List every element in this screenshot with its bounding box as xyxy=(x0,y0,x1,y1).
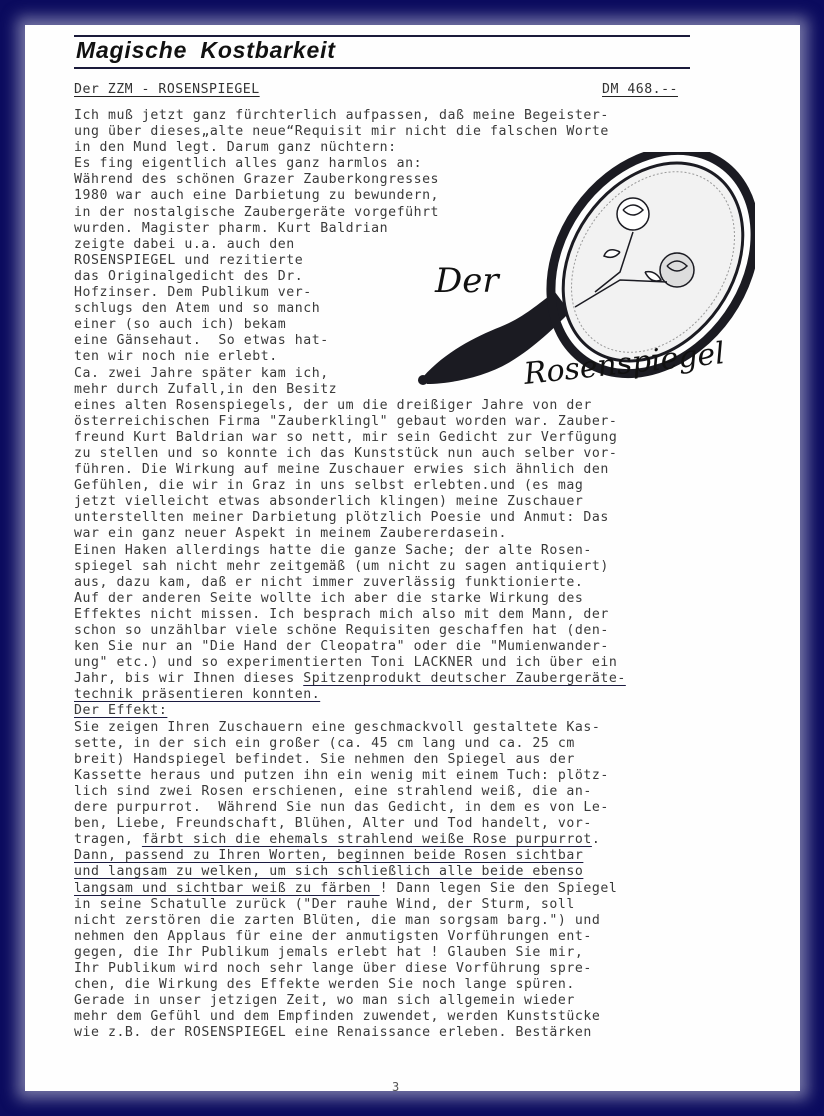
page-number: 3 xyxy=(392,1080,399,1094)
text-line: Effektes nicht missen. Ich besprach mich… xyxy=(74,607,754,623)
title-rule-bottom xyxy=(74,67,690,69)
text-line: langsam und sichtbar weiß zu färben ! Da… xyxy=(74,881,754,897)
text-line: ken Sie nur an "Die Hand der Cleopatra" … xyxy=(74,639,754,655)
text-line: spiegel sah nicht mehr zeitgemäß (um nic… xyxy=(74,559,754,575)
text-line: mehr dem Gefühl und dem Empfinden zuwend… xyxy=(74,1009,754,1025)
svg-text:Der: Der xyxy=(434,261,500,301)
text-line: Dann, passend zu Ihren Worten, beginnen … xyxy=(74,848,754,864)
text-line: Sie zeigen Ihren Zuschauern eine geschma… xyxy=(74,720,754,736)
text-line: Gefühlen, die wir in Graz in uns selbst … xyxy=(74,478,754,494)
underlined-text: und langsam zu welken, um sich schließli… xyxy=(74,864,583,879)
text-line: nehmen den Applaus für eine der anmutigs… xyxy=(74,929,754,945)
text-line: Kassette heraus und putzen ihn ein wenig… xyxy=(74,768,754,784)
text-line: dere purpurrot. Während Sie nun das Gedi… xyxy=(74,800,754,816)
underlined-text: technik präsentieren konnten. xyxy=(74,687,320,702)
text-line: Einen Haken allerdings hatte die ganze S… xyxy=(74,543,754,559)
text-line: Auf der anderen Seite wollte ich aber di… xyxy=(74,591,754,607)
underlined-text: langsam und sichtbar weiß zu färben xyxy=(74,881,380,896)
text-line: in seine Schatulle zurück ("Der rauhe Wi… xyxy=(74,897,754,913)
text-line: schon so unzählbar viele schöne Requisit… xyxy=(74,623,754,639)
text-line: aus, dazu kam, daß er nicht immer zuverl… xyxy=(74,575,754,591)
text-line: zu stellen und so konnte ich das Kunstst… xyxy=(74,446,754,462)
text-line: Ihr Publikum wird noch sehr lange über d… xyxy=(74,961,754,977)
text-line: breit) Handspiegel befindet. Sie nehmen … xyxy=(74,752,754,768)
text-line: lich sind zwei Rosen erschienen, eine st… xyxy=(74,784,754,800)
text-line: ung" etc.) und so experimentierten Toni … xyxy=(74,655,754,671)
text-line: wie z.B. der ROSENSPIEGEL eine Renaissan… xyxy=(74,1025,754,1041)
text-line: technik präsentieren konnten. xyxy=(74,687,754,703)
text-line: Der Effekt: xyxy=(74,703,754,719)
text-line: Gerade in unser jetzigen Zeit, wo man si… xyxy=(74,993,754,1009)
underlined-text: Der Effekt: xyxy=(74,703,167,718)
text-line: jetzt vielleicht etwas absonderlich klin… xyxy=(74,494,754,510)
product-price: DM 468.-- xyxy=(602,82,678,97)
text-line: Jahr, bis wir Ihnen dieses Spitzenproduk… xyxy=(74,671,754,687)
text-line: österreichischen Firma "Zauberklingl" ge… xyxy=(74,414,754,430)
text-line: ung über dieses„alte neue“Requisit mir n… xyxy=(74,124,754,140)
text-line: freund Kurt Baldrian war so nett, mir se… xyxy=(74,430,754,446)
text-line: ben, Liebe, Freundschaft, Blühen, Alter … xyxy=(74,816,754,832)
text-line: Ich muß jetzt ganz fürchterlich aufpasse… xyxy=(74,108,754,124)
text-line: tragen, färbt sich die ehemals strahlend… xyxy=(74,832,754,848)
text-line: chen, die Wirkung des Effekte werden Sie… xyxy=(74,977,754,993)
text-line: gegen, die Ihr Publikum jemals erlebt ha… xyxy=(74,945,754,961)
text-line: und langsam zu welken, um sich schließli… xyxy=(74,864,754,880)
underlined-text: Dann, passend zu Ihren Worten, beginnen … xyxy=(74,848,583,863)
page-title: Magische Kostbarkeit xyxy=(76,37,336,64)
underlined-text: Spitzenprodukt deutscher Zaubergeräte- xyxy=(303,671,626,686)
text-line: unterstellten meiner Darbietung plötzlic… xyxy=(74,510,754,526)
underlined-text: färbt sich die ehemals strahlend weiße R… xyxy=(142,832,592,847)
text-line: eines alten Rosenspiegels, der um die dr… xyxy=(74,398,754,414)
text-line: führen. Die Wirkung auf meine Zuschauer … xyxy=(74,462,754,478)
text-line: nicht zerstören die zarten Blüten, die m… xyxy=(74,913,754,929)
product-name: Der ZZM - ROSENSPIEGEL xyxy=(74,82,260,97)
text-line: war ein ganz neuer Aspekt in meinem Zaub… xyxy=(74,526,754,542)
rose-mirror-illustration: Der Rosenspiegel xyxy=(405,152,755,397)
text-line: sette, in der sich ein großer (ca. 45 cm… xyxy=(74,736,754,752)
